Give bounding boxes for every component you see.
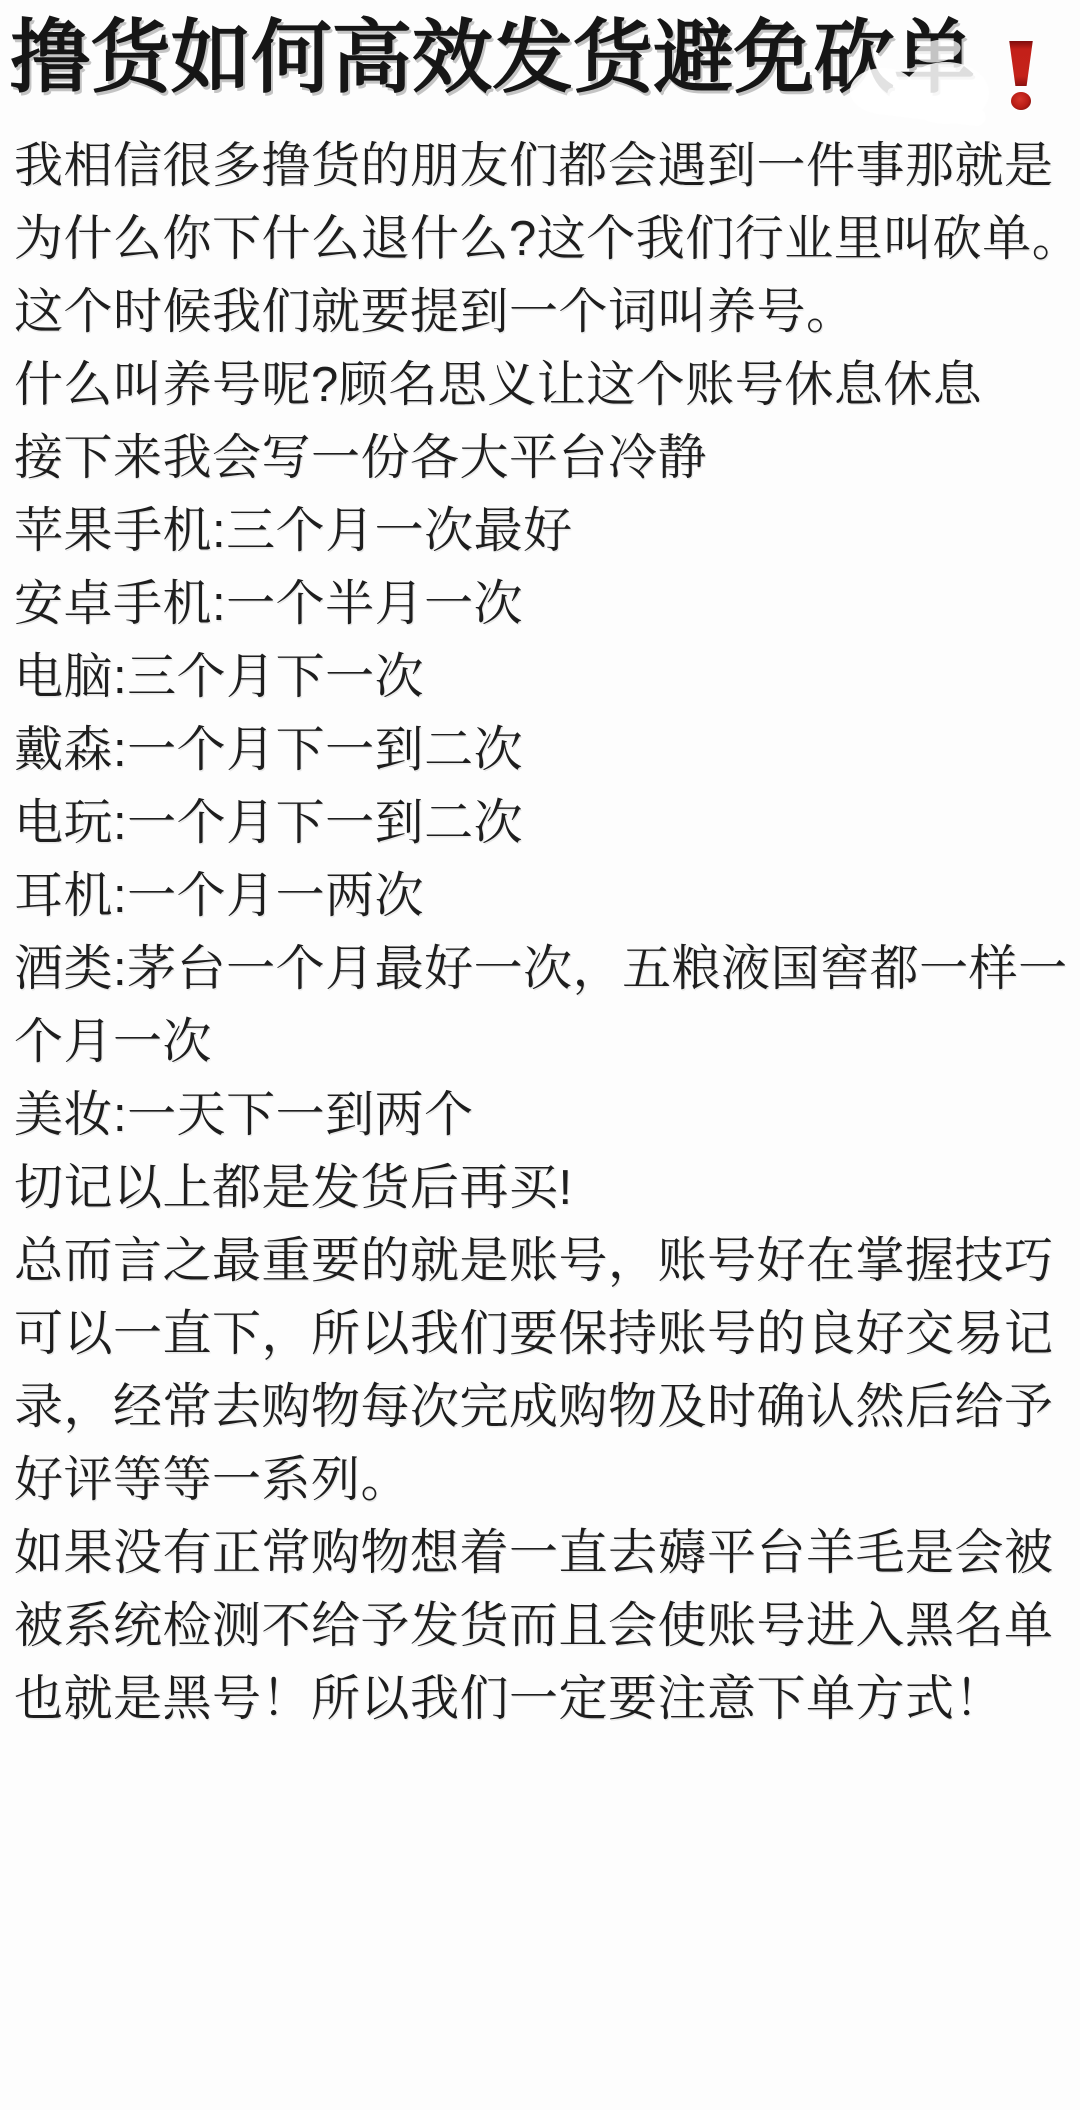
text-line: 好评等等一系列。	[14, 1444, 1074, 1517]
text-line: 这个时候我们就要提到一个词叫养号。	[14, 276, 1074, 349]
text-line: 为什么你下什么退什么?这个我们行业里叫砍单。	[14, 203, 1074, 276]
title-row: 撸货如何高效发货避免砍单	[10, 10, 1070, 115]
note-page: 撸货如何高效发货避免砍单 我相信很多撸货的朋友们都会遇到一件事那就是 为什么你下…	[0, 0, 1080, 2110]
text-line: 切记以上都是发货后再买!	[14, 1152, 1074, 1225]
text-line: 酒类:茅台一个月最好一次，五粮液国窖都一样一	[14, 933, 1074, 1006]
text-line: 电玩:一个月下一到二次	[14, 787, 1074, 860]
text-line: 也就是黑号！所以我们一定要注意下单方式！	[14, 1663, 1074, 1736]
text-line: 耳机:一个月一两次	[14, 860, 1074, 933]
text-line: 安卓手机:一个半月一次	[14, 568, 1074, 641]
text-line: 个月一次	[14, 1006, 1074, 1079]
text-line: 电脑:三个月下一次	[14, 641, 1074, 714]
text-line: 接下来我会写一份各大平台冷静	[14, 422, 1074, 495]
text-line: 可以一直下，所以我们要保持账号的良好交易记	[14, 1298, 1074, 1371]
exclamation-dot	[1011, 92, 1031, 110]
text-line: 美妆:一天下一到两个	[14, 1079, 1074, 1152]
text-line: 我相信很多撸货的朋友们都会遇到一件事那就是	[14, 130, 1074, 203]
article-body: 我相信很多撸货的朋友们都会遇到一件事那就是 为什么你下什么退什么?这个我们行业里…	[14, 130, 1074, 1736]
text-line: 苹果手机:三个月一次最好	[14, 495, 1074, 568]
red-exclamation-icon	[998, 28, 1038, 110]
text-line: 总而言之最重要的就是账号，账号好在掌握技巧	[14, 1225, 1074, 1298]
text-line: 被系统检测不给予发货而且会使账号进入黑名单	[14, 1590, 1074, 1663]
text-line: 戴森:一个月下一到二次	[14, 714, 1074, 787]
text-line: 如果没有正常购物想着一直去薅平台羊毛是会被	[14, 1517, 1074, 1590]
text-line: 录，经常去购物每次完成购物及时确认然后给予	[14, 1371, 1074, 1444]
text-line: 什么叫养号呢?顾名思义让这个账号休息休息	[14, 349, 1074, 422]
exclamation-bar	[1007, 41, 1035, 86]
